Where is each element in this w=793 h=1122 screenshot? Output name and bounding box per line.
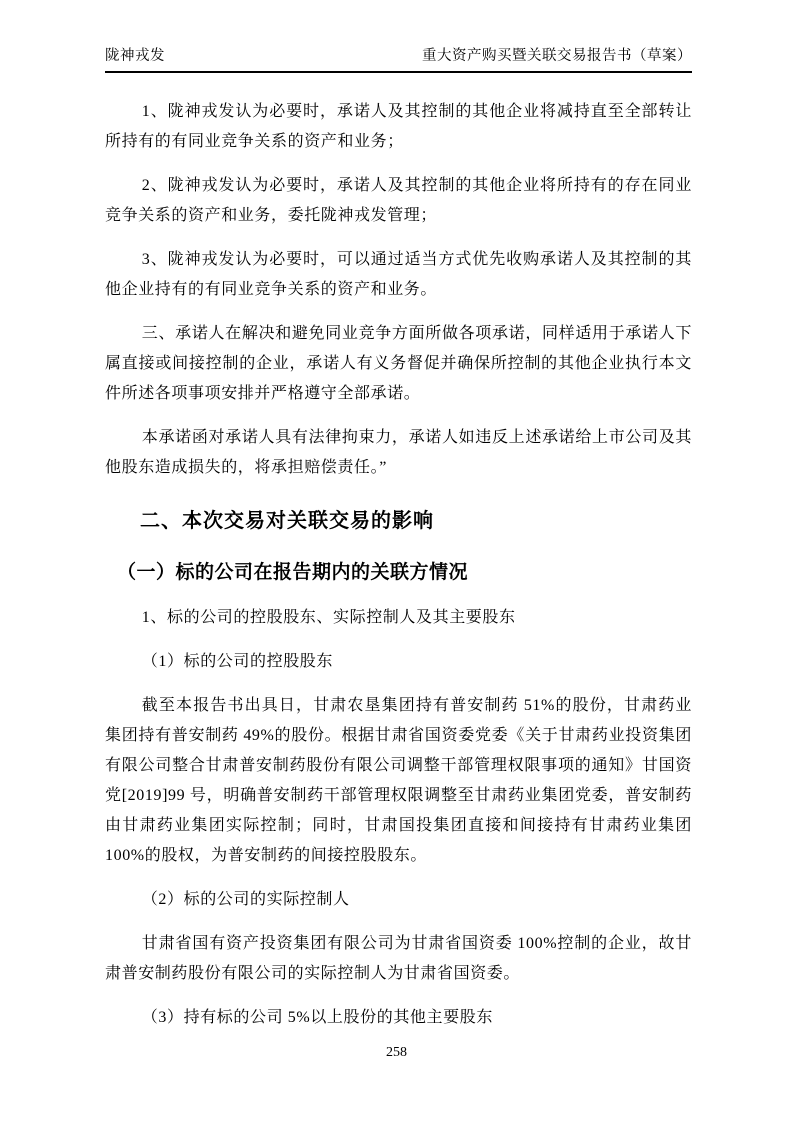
header-company-name: 陇神戎发 bbox=[105, 46, 165, 66]
item-heading-controlling-shareholder: （1）标的公司的控股股东 bbox=[105, 647, 692, 677]
subsection-heading-related-parties: （一）标的公司在报告期内的关联方情况 bbox=[105, 557, 692, 587]
paragraph-shareholding-details: 截至本报告书出具日，甘肃农垦集团持有普安制药 51%的股份，甘肃药业集团持有普安… bbox=[105, 691, 692, 871]
paragraph-actual-controller-details: 甘肃省国有资产投资集团有限公司为甘肃省国资委 100%控制的企业，故甘肃普安制药… bbox=[105, 929, 692, 989]
paragraph-commitment-2: 2、陇神戎发认为必要时，承诺人及其控制的其他企业将所持有的存在同业竞争关系的资产… bbox=[105, 171, 692, 231]
page-header: 陇神戎发 重大资产购买暨关联交易报告书（草案） bbox=[105, 46, 692, 73]
page-number: 258 bbox=[386, 1045, 407, 1060]
header-report-title: 重大资产购买暨关联交易报告书（草案） bbox=[422, 46, 692, 66]
item-heading-shareholders: 1、标的公司的控股股东、实际控制人及其主要股东 bbox=[105, 603, 692, 633]
paragraph-commitment-3: 3、陇神戎发认为必要时，可以通过适当方式优先收购承诺人及其控制的其他企业持有的有… bbox=[105, 245, 692, 305]
page-footer: 258 bbox=[0, 1044, 793, 1062]
document-body: 1、陇神戎发认为必要时，承诺人及其控制的其他企业将减持直至全部转让所持有的有同业… bbox=[105, 97, 692, 1033]
paragraph-commitment-scope: 三、承诺人在解决和避免同业竞争方面所做各项承诺，同样适用于承诺人下属直接或间接控… bbox=[105, 319, 692, 409]
item-heading-actual-controller: （2）标的公司的实际控制人 bbox=[105, 885, 692, 915]
paragraph-commitment-1: 1、陇神戎发认为必要时，承诺人及其控制的其他企业将减持直至全部转让所持有的有同业… bbox=[105, 97, 692, 157]
section-heading-related-transactions: 二、本次交易对关联交易的影响 bbox=[105, 505, 692, 535]
paragraph-legal-binding: 本承诺函对承诺人具有法律拘束力，承诺人如违反上述承诺给上市公司及其他股东造成损失… bbox=[105, 423, 692, 483]
document-page: 陇神戎发 重大资产购买暨关联交易报告书（草案） 1、陇神戎发认为必要时，承诺人及… bbox=[0, 0, 793, 1122]
item-heading-other-major-shareholders: （3）持有标的公司 5%以上股份的其他主要股东 bbox=[105, 1003, 692, 1033]
